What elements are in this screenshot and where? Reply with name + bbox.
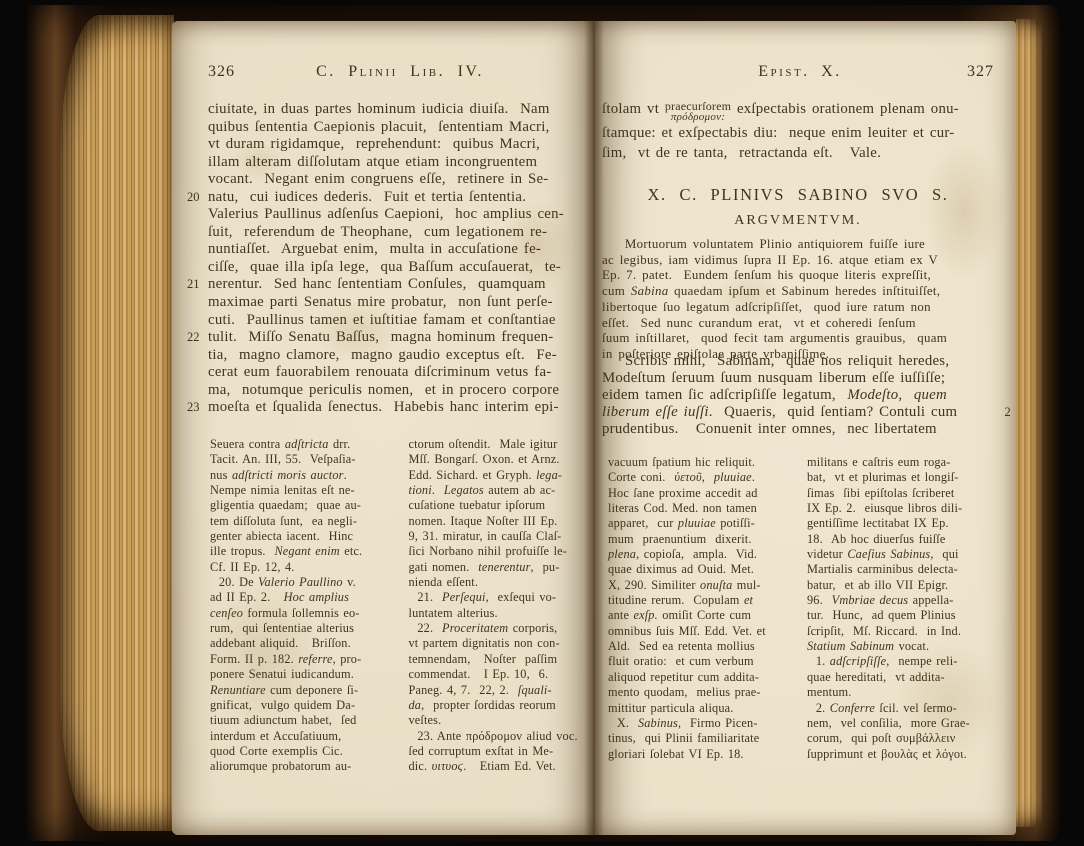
right-page-number: 327 bbox=[967, 63, 994, 81]
left-page-header: 326 C. Plinii Lib. IV. bbox=[208, 63, 592, 85]
argumentum-text: Mortuorum voluntatem Plinio antiquiorem … bbox=[602, 237, 994, 363]
letter-text: Scribis mihi, Sabinam, quae nos reliquit… bbox=[602, 353, 994, 438]
right-running-title: Epist. X. bbox=[602, 63, 998, 81]
left-running-title: C. Plinii Lib. IV. bbox=[208, 63, 592, 81]
left-footnotes-column-2: ctorum oſtendit. Male igiturMſſ. Bongarſ… bbox=[409, 437, 595, 775]
right-page-body-text: ſtolam vt praecurſoremπρόδρομον: exſpect… bbox=[602, 99, 994, 163]
book-gutter-shadow bbox=[584, 21, 604, 835]
epistle-heading: X. C. PLINIVS SABINO SVO S. bbox=[602, 185, 994, 205]
open-book-spread: 326 C. Plinii Lib. IV. ciuitate, in duas… bbox=[172, 21, 1016, 835]
book-photo-backdrop: 326 C. Plinii Lib. IV. ciuitate, in duas… bbox=[0, 0, 1084, 846]
right-page-footnotes: vacuum ſpatium hic reliquit.Corte coni. … bbox=[608, 455, 1000, 762]
page-fore-edge-right bbox=[1016, 19, 1042, 827]
right-footnotes-column-1: vacuum ſpatium hic reliquit.Corte coni. … bbox=[608, 455, 794, 762]
right-footnotes-column-2: militans e caſtris eum roga-bat, vt et p… bbox=[807, 455, 993, 762]
page-fore-edge-left bbox=[60, 15, 174, 831]
left-page-body-text: ciuitate, in duas partes hominum iudicia… bbox=[208, 101, 594, 417]
left-footnotes-column-1: Seuera contra adſtricta drr.Tacit. An. I… bbox=[210, 437, 396, 775]
left-page-footnotes: Seuera contra adſtricta drr.Tacit. An. I… bbox=[210, 437, 594, 775]
left-page: 326 C. Plinii Lib. IV. ciuitate, in duas… bbox=[172, 21, 594, 835]
right-page-header: Epist. X. 327 bbox=[602, 63, 998, 85]
argumentum-heading: ARGVMENTVM. bbox=[602, 213, 994, 229]
right-page: Epist. X. 327 ſtolam vt praecurſoremπρόδ… bbox=[594, 21, 1016, 835]
book-leather-binding: 326 C. Plinii Lib. IV. ciuitate, in duas… bbox=[24, 5, 1062, 841]
